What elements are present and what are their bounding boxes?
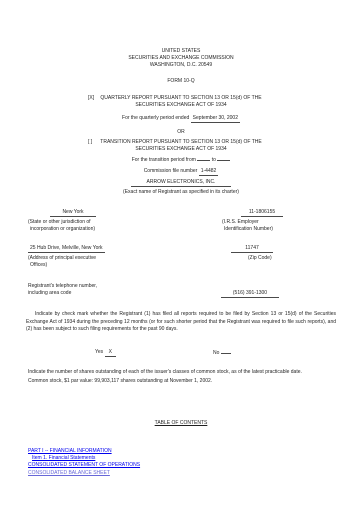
form-title: FORM 10-Q [0, 78, 362, 84]
quarterly-report-line1: QUARTERLY REPORT PURSUANT TO SECTION 13 … [0, 95, 362, 102]
state-of-incorporation-block: New York (State or other jurisdiction of… [28, 209, 188, 233]
commission-file-number: 1-4482 [199, 168, 219, 176]
commission-file-label: Commission file number [144, 168, 198, 174]
no-label: No [213, 350, 219, 356]
toc-link-part-i-financial-information[interactable]: PART I -- FINANCIAL INFORMATION [28, 448, 228, 455]
telephone-label-line2: including area code [28, 290, 188, 297]
no-answer: No [213, 349, 231, 356]
transition-report-line2: SECURITIES EXCHANGE ACT OF 1934 [0, 146, 362, 153]
address-caption-line2: Offices) [28, 262, 188, 269]
shares-outstanding-statement: Common stock, $1 par value: 99,903,117 s… [28, 378, 334, 384]
registrant-name-line: ARROW ELECTRONICS, INC. [0, 179, 362, 187]
telephone-number: (516) 391-1300 [221, 290, 279, 298]
yes-check-mark: X [105, 349, 116, 357]
quarterly-report-line2: SECURITIES EXCHANGE ACT OF 1934 [0, 102, 362, 109]
or-separator: OR [0, 129, 362, 135]
toc-link-consolidated-balance-sheet[interactable]: CONSOLIDATED BALANCE SHEET [28, 470, 228, 477]
header-united-states: UNITED STATES [0, 48, 362, 55]
transition-checkbox: [ ] [88, 139, 92, 146]
filing-requirements-paragraph: Indicate by check mark whether the Regis… [26, 311, 336, 334]
form-10q-document-page: UNITED STATES SECURITIES AND EXCHANGE CO… [0, 0, 362, 512]
transition-period-to-blank [217, 156, 230, 161]
header-sec-commission: SECURITIES AND EXCHANGE COMMISSION [0, 55, 362, 62]
header-washington-dc: WASHINGTON, D.C. 20549 [0, 62, 362, 69]
state-caption-line1: (State or other jurisdiction of [28, 219, 188, 226]
yes-answer: Yes X [95, 349, 116, 357]
commission-file-line: Commission file number 1-4482 [0, 168, 362, 176]
transition-report-line1: TRANSITION REPORT PURSUANT TO SECTION 13… [0, 139, 362, 146]
quarterly-period-line: For the quarterly period ended September… [0, 115, 362, 123]
quarterly-checkbox: [X] [88, 95, 94, 102]
yes-label: Yes [95, 349, 103, 355]
no-blank [221, 349, 231, 354]
registrant-name-caption: (Exact name of Registrant as specified i… [0, 189, 362, 195]
irs-caption-line1: (I.R.S. Employer [222, 219, 337, 226]
state-of-incorporation: New York [50, 209, 95, 217]
transition-period-prefix: For the transition period from [132, 157, 196, 163]
telephone-label-line1: Registrant's telephone number, [28, 283, 188, 290]
transition-period-from-blank [197, 156, 210, 161]
irs-caption-line2: Identification Number) [222, 226, 337, 233]
telephone-label-block: Registrant's telephone number, including… [28, 283, 188, 297]
zip-code-block: 11747 (Zip Code) [222, 245, 337, 262]
irs-number: 11-1806155 [241, 209, 283, 217]
quarterly-report-block: [X] QUARTERLY REPORT PURSUANT TO SECTION… [0, 95, 362, 109]
quarterly-period-prefix: For the quarterly period ended [122, 115, 189, 121]
zip-caption: (Zip Code) [222, 255, 337, 262]
state-caption-line2: incorporation or organization) [28, 226, 188, 233]
registrant-name: ARROW ELECTRONICS, INC. [131, 179, 232, 187]
transition-report-block: [ ] TRANSITION REPORT PURSUANT TO SECTIO… [0, 139, 362, 153]
transition-period-to-label: to [212, 157, 216, 163]
toc-link-item-1-financial-statements[interactable]: Item 1. Financial Statements [28, 455, 228, 462]
principal-address-block: 25 Hub Drive, Melville, New York (Addres… [28, 245, 188, 269]
shares-outstanding-instruction: Indicate the number of shares outstandin… [28, 369, 334, 375]
irs-number-block: 11-1806155 (I.R.S. Employer Identificati… [222, 209, 337, 233]
zip-code: 11747 [231, 245, 273, 253]
telephone-number-block: (516) 391-1300 [195, 290, 305, 298]
transition-period-line: For the transition period from to [0, 156, 362, 163]
quarterly-period-date: September 30, 2002 [191, 115, 240, 123]
table-of-contents-title: TABLE OF CONTENTS [0, 420, 362, 426]
principal-address: 25 Hub Drive, Melville, New York [28, 245, 105, 253]
table-of-contents-links: PART I -- FINANCIAL INFORMATION Item 1. … [28, 448, 228, 477]
toc-link-consolidated-statement-of-operations[interactable]: CONSOLIDATED STATEMENT OF OPERATIONS [28, 462, 228, 469]
sec-header: UNITED STATES SECURITIES AND EXCHANGE CO… [0, 48, 362, 69]
address-caption-line1: (Address of principal executive [28, 255, 188, 262]
